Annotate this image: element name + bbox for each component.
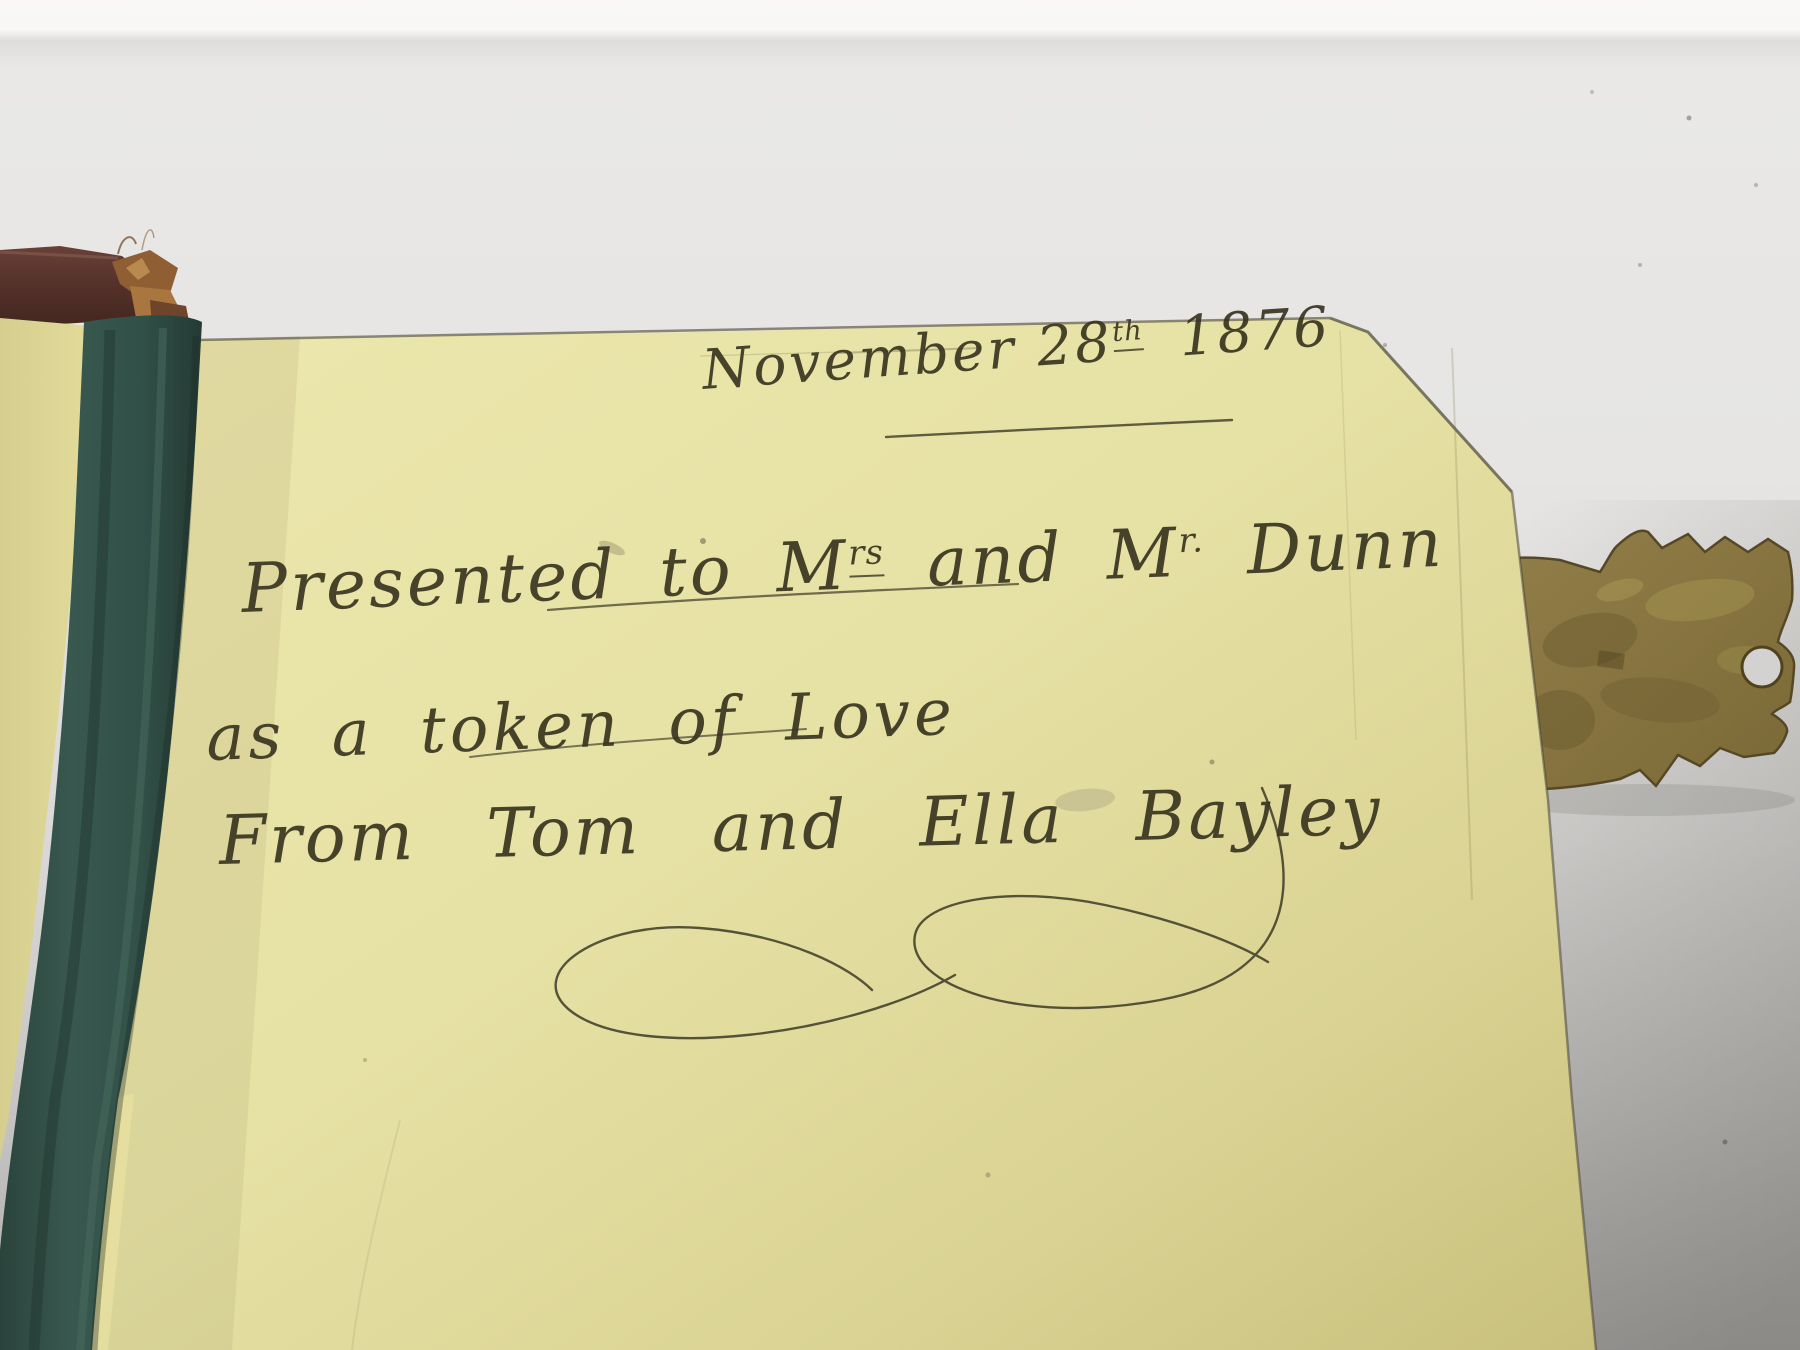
book-photo: November 28th1876 Presented to Mrs and M… bbox=[0, 0, 1800, 1350]
date-year: 1876 bbox=[1177, 294, 1333, 368]
clasp-hole bbox=[1742, 647, 1782, 687]
date-ordinal: th bbox=[1111, 314, 1144, 352]
book-scene bbox=[0, 0, 1800, 1350]
